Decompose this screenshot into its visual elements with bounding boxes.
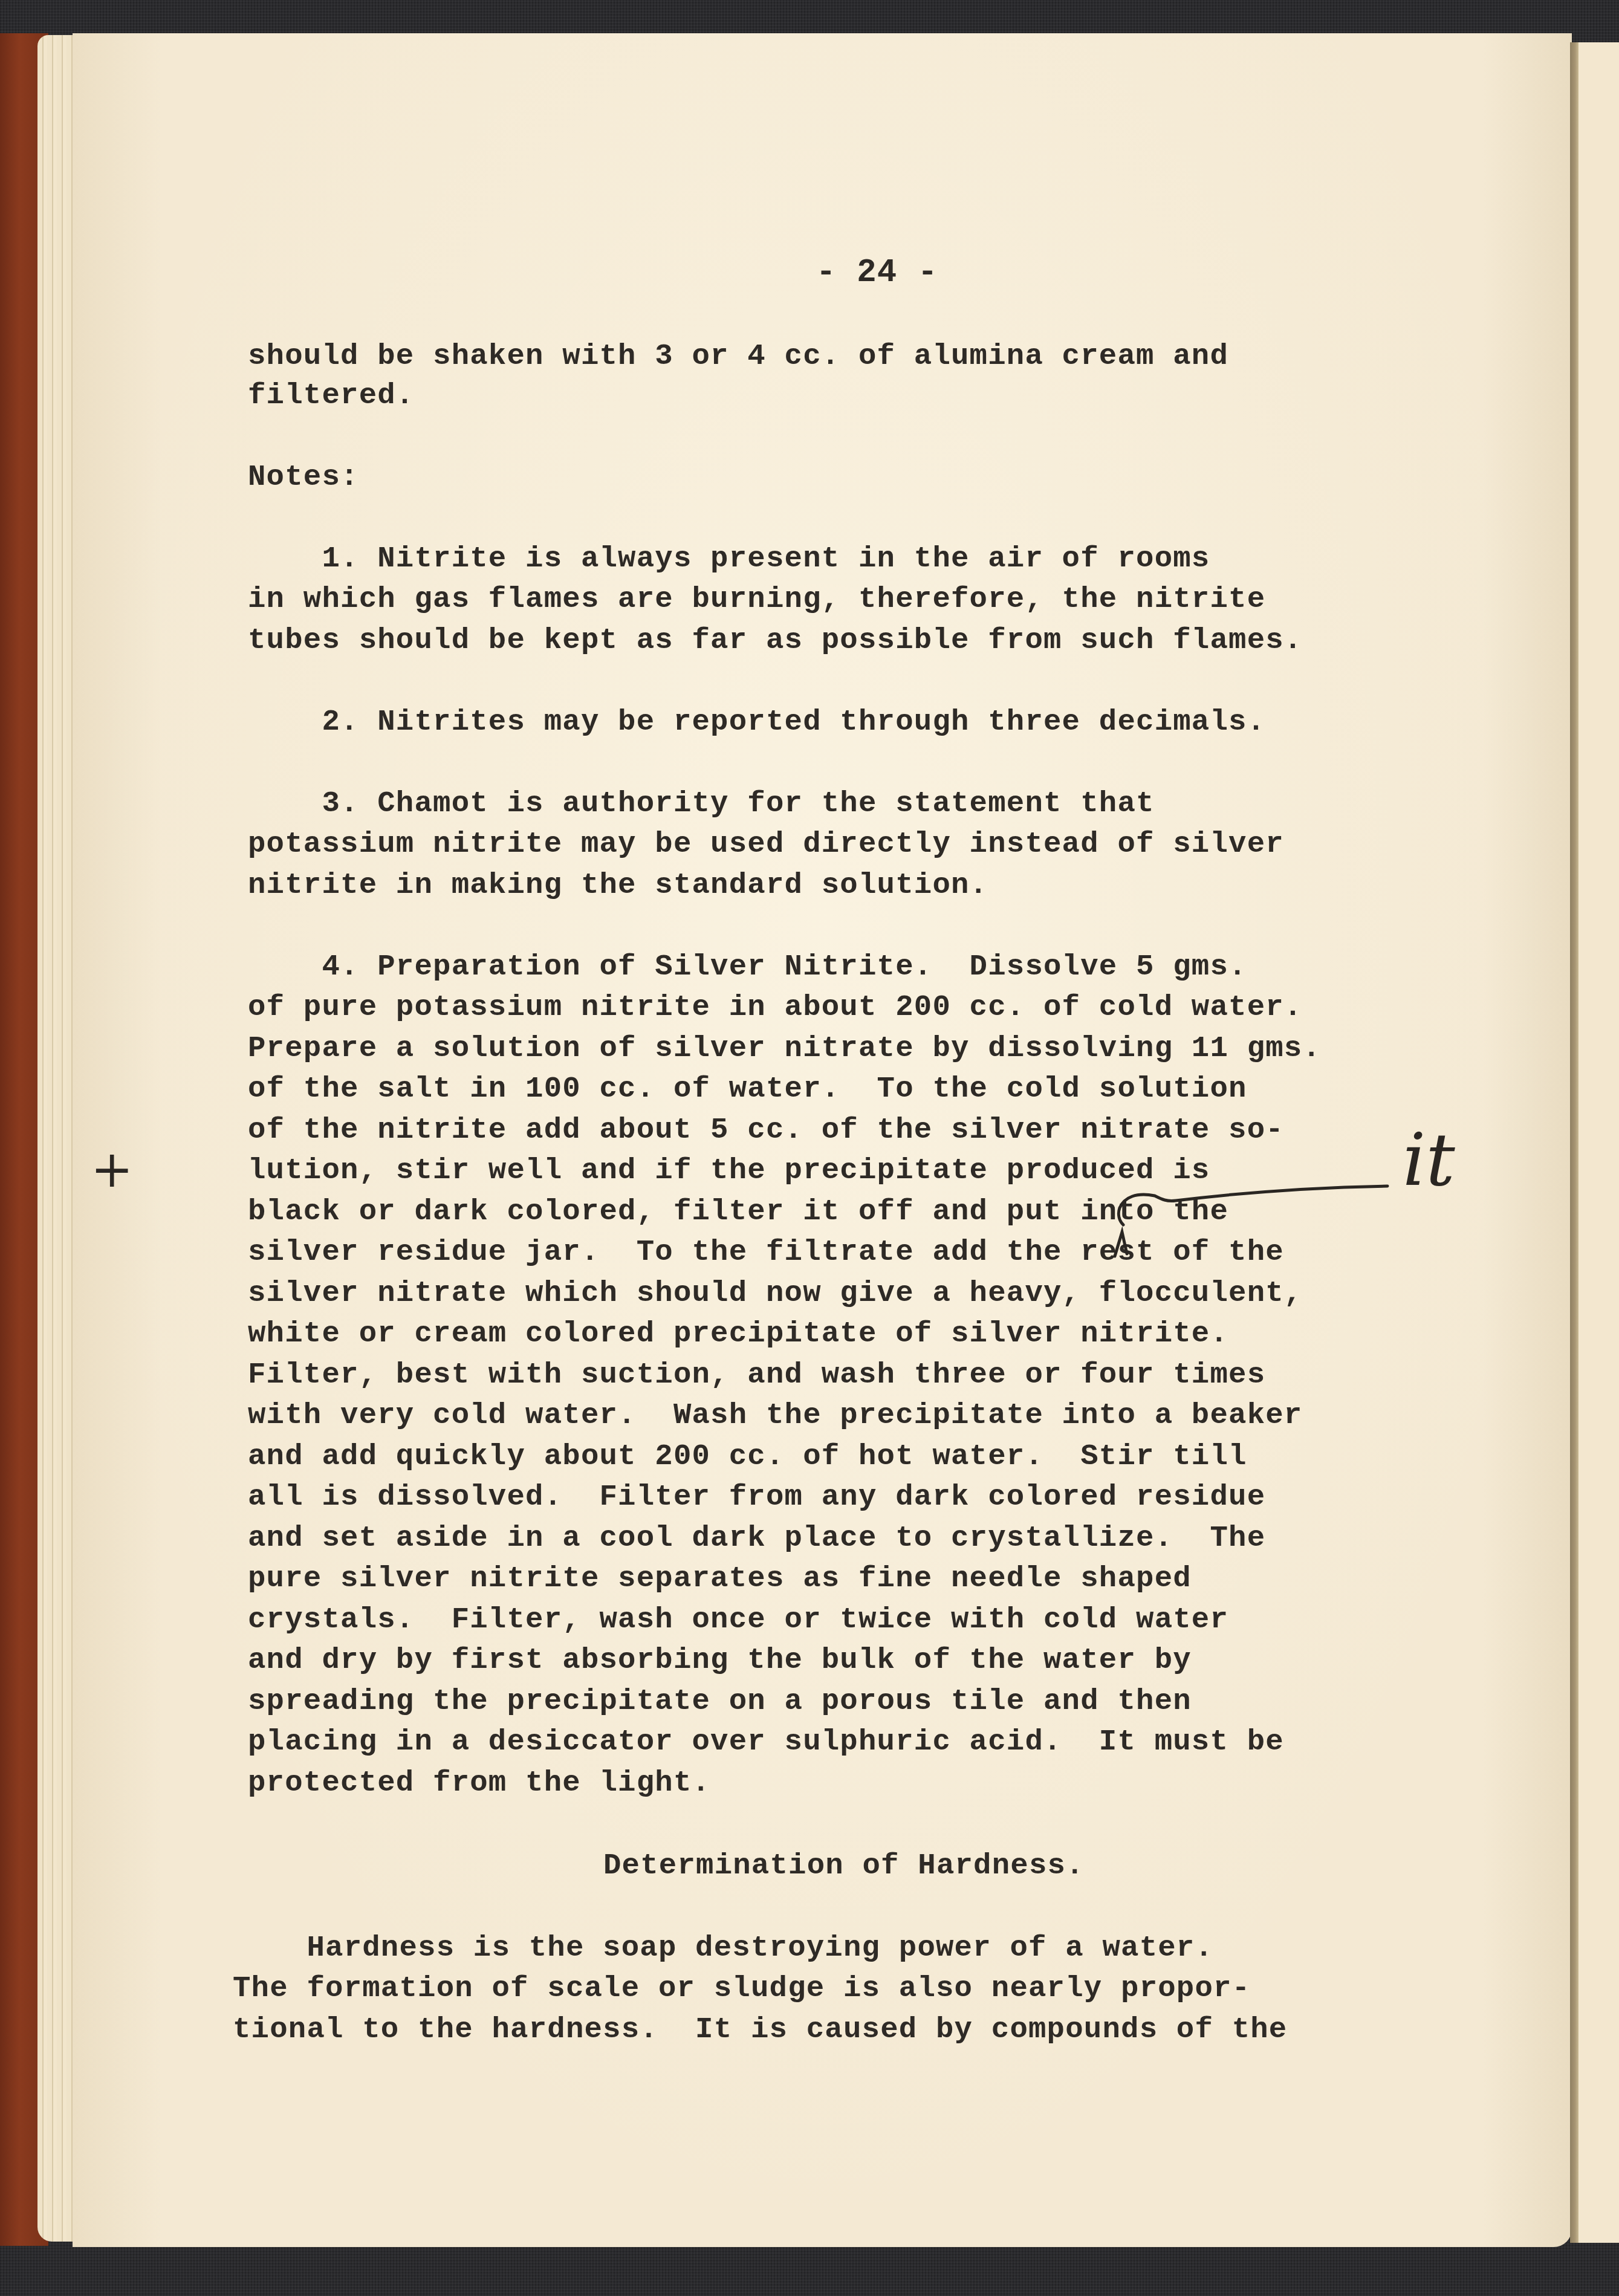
note-1-line: tubes should be kept as far as possible … xyxy=(248,626,1302,655)
note-3-line: potassium nitrite may be used directly i… xyxy=(248,829,1284,859)
note-4-line: protected from the light. xyxy=(248,1768,710,1798)
note-3-line: 3. Chamot is authority for the statement… xyxy=(248,789,1155,819)
section-line: Hardness is the soap destroying power of… xyxy=(233,1933,1213,1963)
note-4-line: white or cream colored precipitate of si… xyxy=(248,1319,1228,1349)
section-heading: Determination of Hardness. xyxy=(603,1851,1085,1881)
facing-page-edge xyxy=(1578,42,1619,2243)
page-gutter xyxy=(1570,42,1578,2243)
page-number: - 24 - xyxy=(816,257,938,290)
note-4-line: placing in a desiccator over sulphuric a… xyxy=(248,1727,1284,1757)
note-4-line: pure silver nitrite separates as fine ne… xyxy=(248,1564,1192,1594)
note-3-line: nitrite in making the standard solution. xyxy=(248,871,988,900)
note-4-line: Prepare a solution of silver nitrate by … xyxy=(248,1034,1321,1063)
section-line: tional to the hardness. It is caused by … xyxy=(233,2015,1287,2045)
notes-heading: Notes: xyxy=(248,462,359,492)
section-line: The formation of scale or sludge is also… xyxy=(233,1974,1250,2003)
note-2-line: 2. Nitrites may be reported through thre… xyxy=(248,707,1265,737)
margin-plus-mark: + xyxy=(91,1144,133,1195)
note-4-line: and dry by first absorbing the bulk of t… xyxy=(248,1646,1192,1675)
note-4-line: spreading the precipitate on a porous ti… xyxy=(248,1687,1192,1716)
note-4-line: crystals. Filter, wash once or twice wit… xyxy=(248,1605,1228,1635)
note-4-line: 4. Preparation of Silver Nitrite. Dissol… xyxy=(248,952,1247,982)
note-4-line: of pure potassium nitrite in about 200 c… xyxy=(248,993,1302,1022)
note-4-line: and set aside in a cool dark place to cr… xyxy=(248,1523,1265,1553)
note-1-line: in which gas flames are burning, therefo… xyxy=(248,585,1265,614)
note-4-line: of the nitrite add about 5 cc. of the si… xyxy=(248,1115,1284,1145)
note-4-line: with very cold water. Wash the precipita… xyxy=(248,1401,1302,1430)
insertion-line-icon xyxy=(1064,1179,1427,1263)
intro-line: filtered. xyxy=(248,381,414,410)
note-1-line: 1. Nitrite is always present in the air … xyxy=(248,544,1210,574)
note-4-line: all is dissolved. Filter from any dark c… xyxy=(248,1482,1265,1512)
intro-line: should be shaken with 3 or 4 cc. of alum… xyxy=(248,342,1228,371)
note-4-line: silver nitrate which should now give a h… xyxy=(248,1279,1302,1308)
note-4-line: and add quickly about 200 cc. of hot wat… xyxy=(248,1442,1247,1471)
note-4-line: of the salt in 100 cc. of water. To the … xyxy=(248,1074,1247,1104)
note-4-line: Filter, best with suction, and wash thre… xyxy=(248,1360,1265,1390)
